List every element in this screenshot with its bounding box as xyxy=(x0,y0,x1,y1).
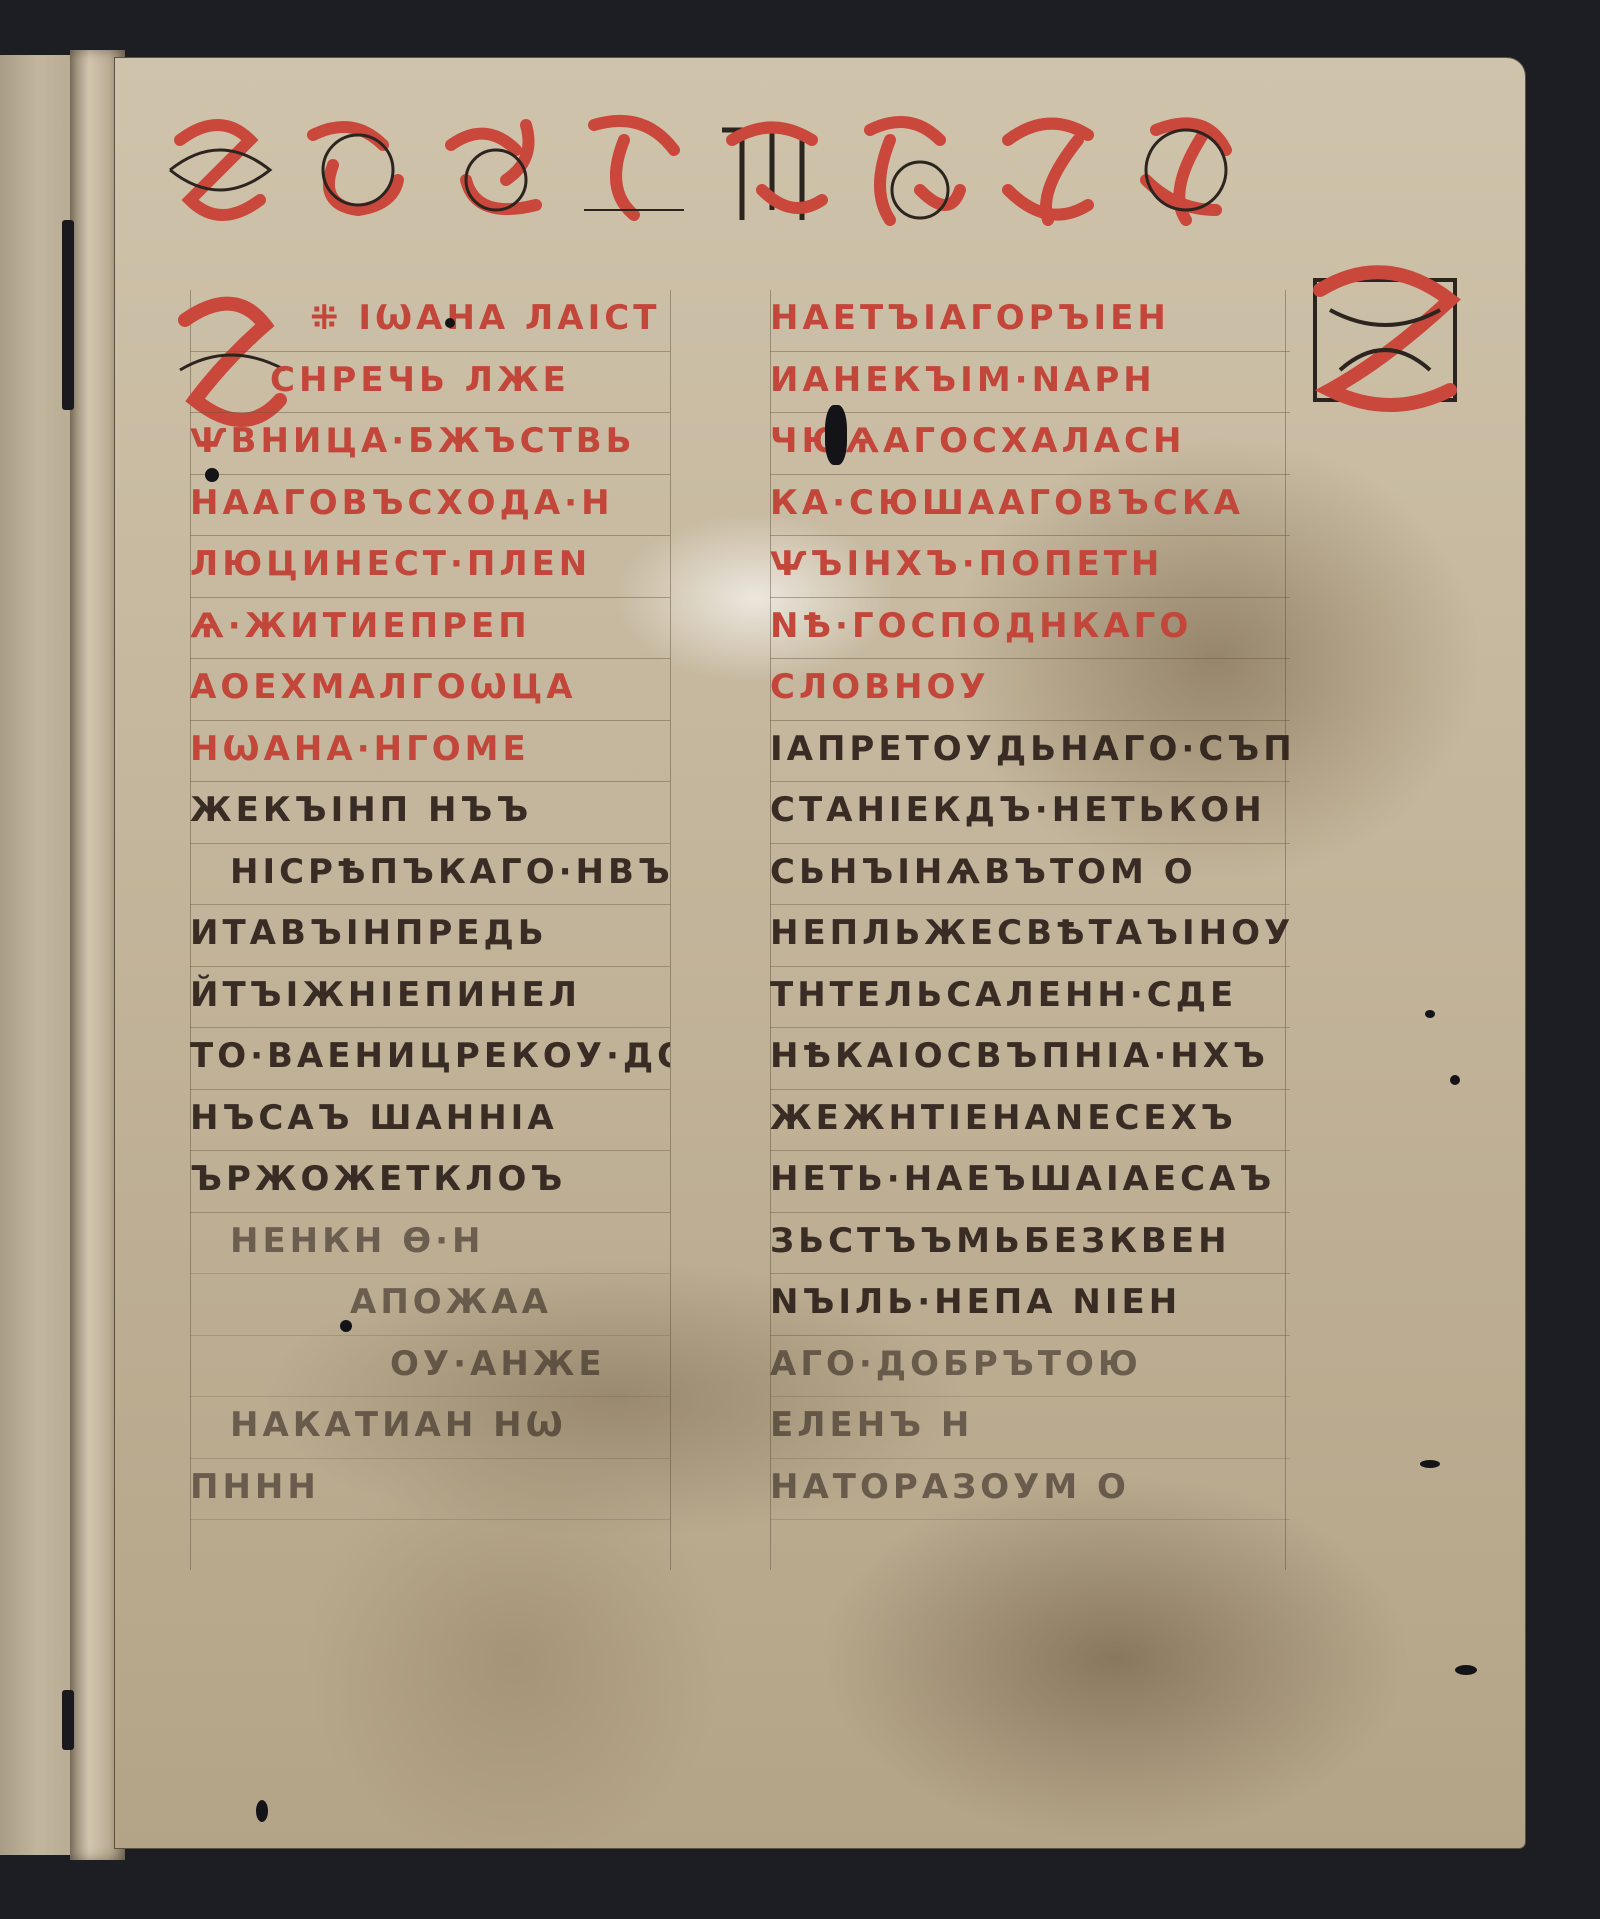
knot-ornament-icon xyxy=(574,110,694,230)
knot-ornament-icon xyxy=(436,110,556,230)
text-line: СТАНІЕКДЪ·НЕТЬКОН xyxy=(770,782,1290,844)
text-line: ИТАВЪІНПРЕДЬ xyxy=(190,905,670,967)
text-line: СЬНЪІНѦВЪТОМ О xyxy=(770,844,1290,906)
text-line: NЪІЛЬ·НЕПА NІЕН xyxy=(770,1274,1290,1336)
rubric-line: СНРЕЧЬ ЛЖЕ xyxy=(190,352,670,414)
parchment-hole xyxy=(205,468,219,482)
text-line: НЕПЛЬЖЕСВѢТАЪІНОУ xyxy=(770,905,1290,967)
text-line: ІАПРЕТОУДЬНАГО·СЪПРО xyxy=(770,721,1290,783)
knot-ornament-icon xyxy=(1126,110,1246,230)
text-line: НѢКАІОСВЪПНІА·НХЪ xyxy=(770,1028,1290,1090)
knot-ornament-icon xyxy=(298,110,418,230)
text-line: НАТОРАЗОУМ О xyxy=(770,1459,1290,1521)
text-line: НЕТЬ·НАЕЪШАІАЕСАЪ xyxy=(770,1151,1290,1213)
parchment-hole xyxy=(1420,1460,1440,1468)
spine-tear xyxy=(62,220,74,410)
text-line: ОУ·АНЖЕ xyxy=(190,1336,670,1398)
rubric-line: Ѧ·ЖИТИЕПРЕП xyxy=(190,598,670,660)
text-line: АГО·ДОБРЪТОЮ xyxy=(770,1336,1290,1398)
rubric-line: ЧЮѦАГОСХАЛАСН xyxy=(770,413,1290,475)
ruling-line xyxy=(670,290,671,1570)
rubric-line: ѰВНИЦА·БЖЪСТВЬ xyxy=(190,413,670,475)
knot-ornament-icon xyxy=(988,110,1108,230)
rubric-line: НААГОВЪСХОДА·Н xyxy=(190,475,670,537)
parchment-hole xyxy=(1455,1665,1477,1675)
text-line: ТНТЕЛЬСАЛЕНН·СДЕ xyxy=(770,967,1290,1029)
rubric-line: ИАНЕКЪІМ·NАРН xyxy=(770,352,1290,414)
right-text-column: НАЕТЪІАГОРЪІЕН ИАНЕКЪІМ·NАРН ЧЮѦАГОСХАЛА… xyxy=(770,290,1290,1520)
rubric-line: ⁜ ІѠАНА ЛАІСТ xyxy=(190,290,670,352)
knot-ornament-icon xyxy=(160,110,280,230)
rubric-line: СЛОВНОУ xyxy=(770,659,1290,721)
knot-ornament-icon xyxy=(712,110,832,230)
text-line: ЖЕЖНТІЕНАNЕСЕХЪ xyxy=(770,1090,1290,1152)
rubric-line: КА·СЮШААГОВЪСКА xyxy=(770,475,1290,537)
text-line: ЪРЖОЖЕТКЛОЪ xyxy=(190,1151,670,1213)
parchment-hole xyxy=(1425,1010,1435,1018)
text-line: НЪСАЪ ШАННІА xyxy=(190,1090,670,1152)
parchment-hole xyxy=(1450,1075,1460,1085)
rubric-line: НАЕТЪІАГОРЪІЕН xyxy=(770,290,1290,352)
rubric-line: НѠАНА·НГОМЕ xyxy=(190,721,670,783)
text-line: НЕНКН Ѳ·Н xyxy=(190,1213,670,1275)
text-line: ЕЛЕНЪ Н xyxy=(770,1397,1290,1459)
parchment-hole xyxy=(825,405,847,465)
parchment-hole xyxy=(445,318,455,328)
text-line: АПОЖАА xyxy=(190,1274,670,1336)
text-line: ПННН xyxy=(190,1459,670,1521)
rubric-line: АОЕХМАЛГОѠЦА xyxy=(190,659,670,721)
text-line: НАКАТИАН НѠ xyxy=(190,1397,670,1459)
text-line: ЗЬСТЪЪМЬБЕЗКВЕН xyxy=(770,1213,1290,1275)
rubric-line: ЛЮЦИНЕСТ·ПЛЕN xyxy=(190,536,670,598)
spine-tear xyxy=(62,1690,74,1750)
text-line: ЙТЪІЖНІЕПИНЕЛ xyxy=(190,967,670,1029)
left-text-column: ⁜ ІѠАНА ЛАІСТ СНРЕЧЬ ЛЖЕ ѰВНИЦА·БЖЪСТВЬ … xyxy=(190,290,670,1520)
rubric-line: ѰЪІНХЪ·ПОПЕТН xyxy=(770,536,1290,598)
parchment-hole xyxy=(256,1800,268,1822)
text-line: НІСРѢПЪКАГО·НВЪ xyxy=(190,844,670,906)
knot-ornament-icon xyxy=(850,110,970,230)
text-line: ЖЕКЪІНП НЪЪ xyxy=(190,782,670,844)
corner-knot-ornament-icon xyxy=(1300,250,1470,420)
knotwork-headpiece xyxy=(160,95,1430,245)
rubric-line: NѢ·ГОСПОДНКАГО xyxy=(770,598,1290,660)
parchment-hole xyxy=(340,1320,352,1332)
text-line: ТО·ВАЕНИЦРЕКОУ·ДО xyxy=(190,1028,670,1090)
